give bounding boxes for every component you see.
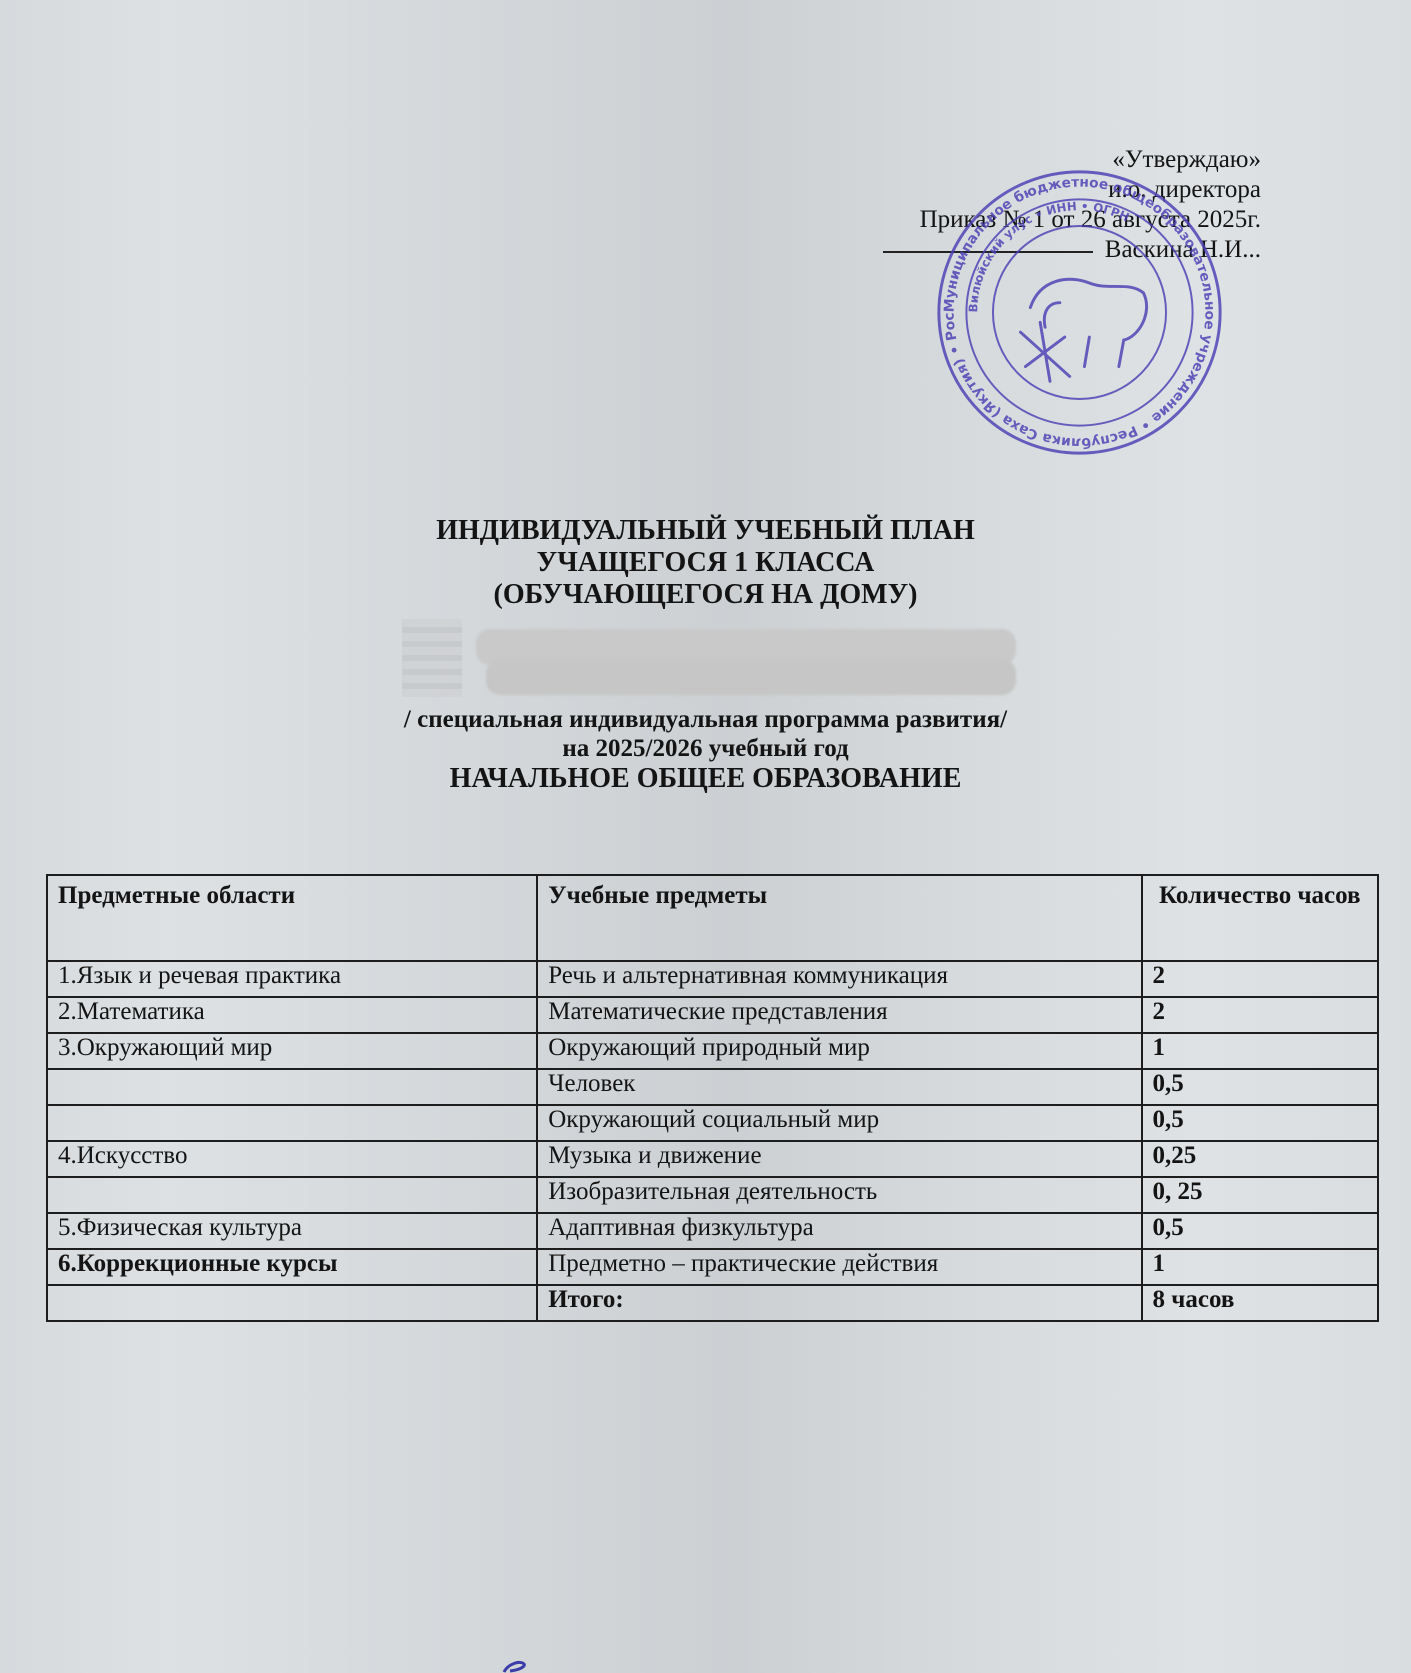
cell-subject: Окружающий природный мир [537,1033,1141,1069]
cell-total-label: Итого: [537,1285,1141,1321]
cell-subject: Математические представления [537,997,1141,1033]
cell-subject-area: 6.Коррекционные курсы [47,1249,537,1285]
title-line-1: ИНДИВИДУАЛЬНЫЙ УЧЕБНЫЙ ПЛАН [0,515,1411,547]
academic-year: на 2025/2026 учебный год [0,734,1411,763]
cell-hours: 0, 25 [1142,1177,1378,1213]
cell-subject-area [47,1177,537,1213]
cell-subject: Музыка и движение [537,1141,1141,1177]
cell-subject: Изобразительная деятельность [537,1177,1141,1213]
table-row: 2.МатематикаМатематические представления… [47,997,1378,1033]
table-row: 3.Окружающий мирОкружающий природный мир… [47,1033,1378,1069]
document-header: ИНДИВИДУАЛЬНЫЙ УЧЕБНЫЙ ПЛАН УЧАЩЕГОСЯ 1 … [0,515,1411,795]
cell-hours: 0,5 [1142,1213,1378,1249]
table-total-row: Итого:8 часов [47,1285,1378,1321]
cell-subject: Окружающий социальный мир [537,1105,1141,1141]
cell-hours: 0,25 [1142,1141,1378,1177]
cell-subject: Адаптивная физкультура [537,1213,1141,1249]
table-row: Человек0,5 [47,1069,1378,1105]
cell-hours: 1 [1142,1033,1378,1069]
pen-mark-icon [500,1658,530,1673]
cell-total-hours: 8 часов [1142,1285,1378,1321]
cell-hours: 0,5 [1142,1105,1378,1141]
cell-hours: 2 [1142,961,1378,997]
cell-subject-area: 1.Язык и речевая практика [47,961,537,997]
cell-hours: 0,5 [1142,1069,1378,1105]
cell-hours: 1 [1142,1249,1378,1285]
cell-subject-area [47,1105,537,1141]
education-level: НАЧАЛЬНОЕ ОБЩЕЕ ОБРАЗОВАНИЕ [0,763,1411,795]
cell-subject-area: 5.Физическая культура [47,1213,537,1249]
table-row: 6.Коррекционные курсыПредметно – практич… [47,1249,1378,1285]
curriculum-table: Предметные области Учебные предметы Коли… [46,874,1379,1322]
table-header-row: Предметные области Учебные предметы Коли… [47,875,1378,961]
header-subjects: Учебные предметы [537,875,1141,961]
title-line-3: (ОБУЧАЮЩЕГОСЯ НА ДОМУ) [0,579,1411,611]
cell-subject: Речь и альтернативная коммуникация [537,961,1141,997]
cell-subject: Человек [537,1069,1141,1105]
redacted-student-name [396,619,1016,699]
cell-subject: Предметно – практические действия [537,1249,1141,1285]
cell-subject-area: 2.Математика [47,997,537,1033]
header-subject-areas: Предметные области [47,875,537,961]
header-hours: Количество часов [1142,875,1378,961]
cell-subject-area: 3.Окружающий мир [47,1033,537,1069]
cell-subject-area: 4.Искусство [47,1141,537,1177]
table-row: 5.Физическая культураАдаптивная физкульт… [47,1213,1378,1249]
program-subtitle: / специальная индивидуальная программа р… [0,705,1411,734]
table-row: 1.Язык и речевая практикаРечь и альтерна… [47,961,1378,997]
table-row: Окружающий социальный мир0,5 [47,1105,1378,1141]
official-stamp-icon: Муниципальное бюджетное общеобразователь… [932,165,1227,460]
cell-hours: 2 [1142,997,1378,1033]
table-row: Изобразительная деятельность0, 25 [47,1177,1378,1213]
cell-total-area [47,1285,537,1321]
table-row: 4.ИскусствоМузыка и движение0,25 [47,1141,1378,1177]
title-line-2: УЧАЩЕГОСЯ 1 КЛАССА [0,547,1411,579]
cell-subject-area [47,1069,537,1105]
